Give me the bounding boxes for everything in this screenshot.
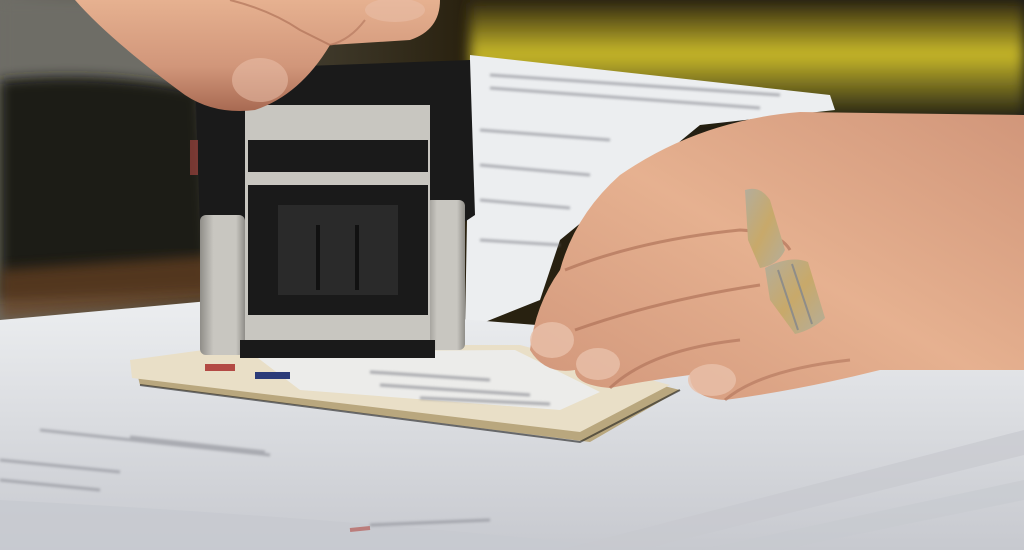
photo-scene: Close-up photo of a hand pressing a self… <box>0 0 1024 550</box>
